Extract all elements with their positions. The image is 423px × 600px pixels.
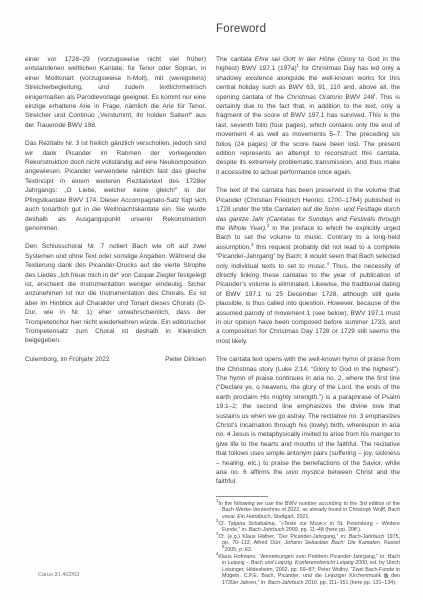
footnote-2: 2Cf. Tatjana Schabalina, “»Texte zur Mus… [216,521,400,534]
left-column: einer vor 1728–29 (vorzugsweise nicht vi… [25,23,206,587]
footnote-4: 4Klaus Hofmann, “Anmerkungen zum Problem… [216,554,400,587]
signoff-author: Pieter Dirksen [165,355,206,364]
footnote-text: Klaus Hofmann, “Anmerkungen zum Problem … [218,554,400,586]
paragraph-german-3: Den Schlusschoral Nr. 7 notiert Bach wie… [25,242,206,345]
page-number: 3 [384,573,388,580]
paragraph-german-2: Das Rezitativ Nr. 3 ist freilich gänzlic… [25,139,206,233]
paragraph-english-1: The cantata Ehre sei Gott in der Höhe (G… [216,55,400,177]
footnote-1: 1In the following we use the BWV number … [216,501,400,521]
signoff-place-date: Culemborg, im Frühjahr 2022 [25,355,110,364]
signoff: Culemborg, im Frühjahr 2022 Pieter Dirks… [25,355,206,364]
page-title: Foreword [216,23,400,36]
footnote-text: Cf. (e.g.) Klaus Häfner, “Der Picander-J… [218,534,400,553]
footnote-3: 3Cf. (e.g.) Klaus Häfner, “Der Picander-… [216,534,400,554]
two-column-layout: einer vor 1728–29 (vorzugsweise nicht vi… [25,23,400,587]
paragraph-german-1: einer vor 1728–29 (vorzugsweise nicht vi… [25,55,206,130]
catalog-number: Carus 31.402/03 [38,572,79,578]
paragraph-english-3: The cantata text opens with the well-kno… [216,355,400,487]
book-page: einer vor 1728–29 (vorzugsweise nicht vi… [0,0,423,600]
footnote-text: Cf. Tatjana Schabalina, “»Texte zur Musi… [218,521,400,534]
footnote-separator [216,496,268,497]
footnote-text: In the following we use the BWV number a… [218,501,400,520]
right-column: Foreword The cantata Ehre sei Gott in de… [216,23,400,587]
paragraph-english-2: The text of the cantata has been preserv… [216,186,400,346]
